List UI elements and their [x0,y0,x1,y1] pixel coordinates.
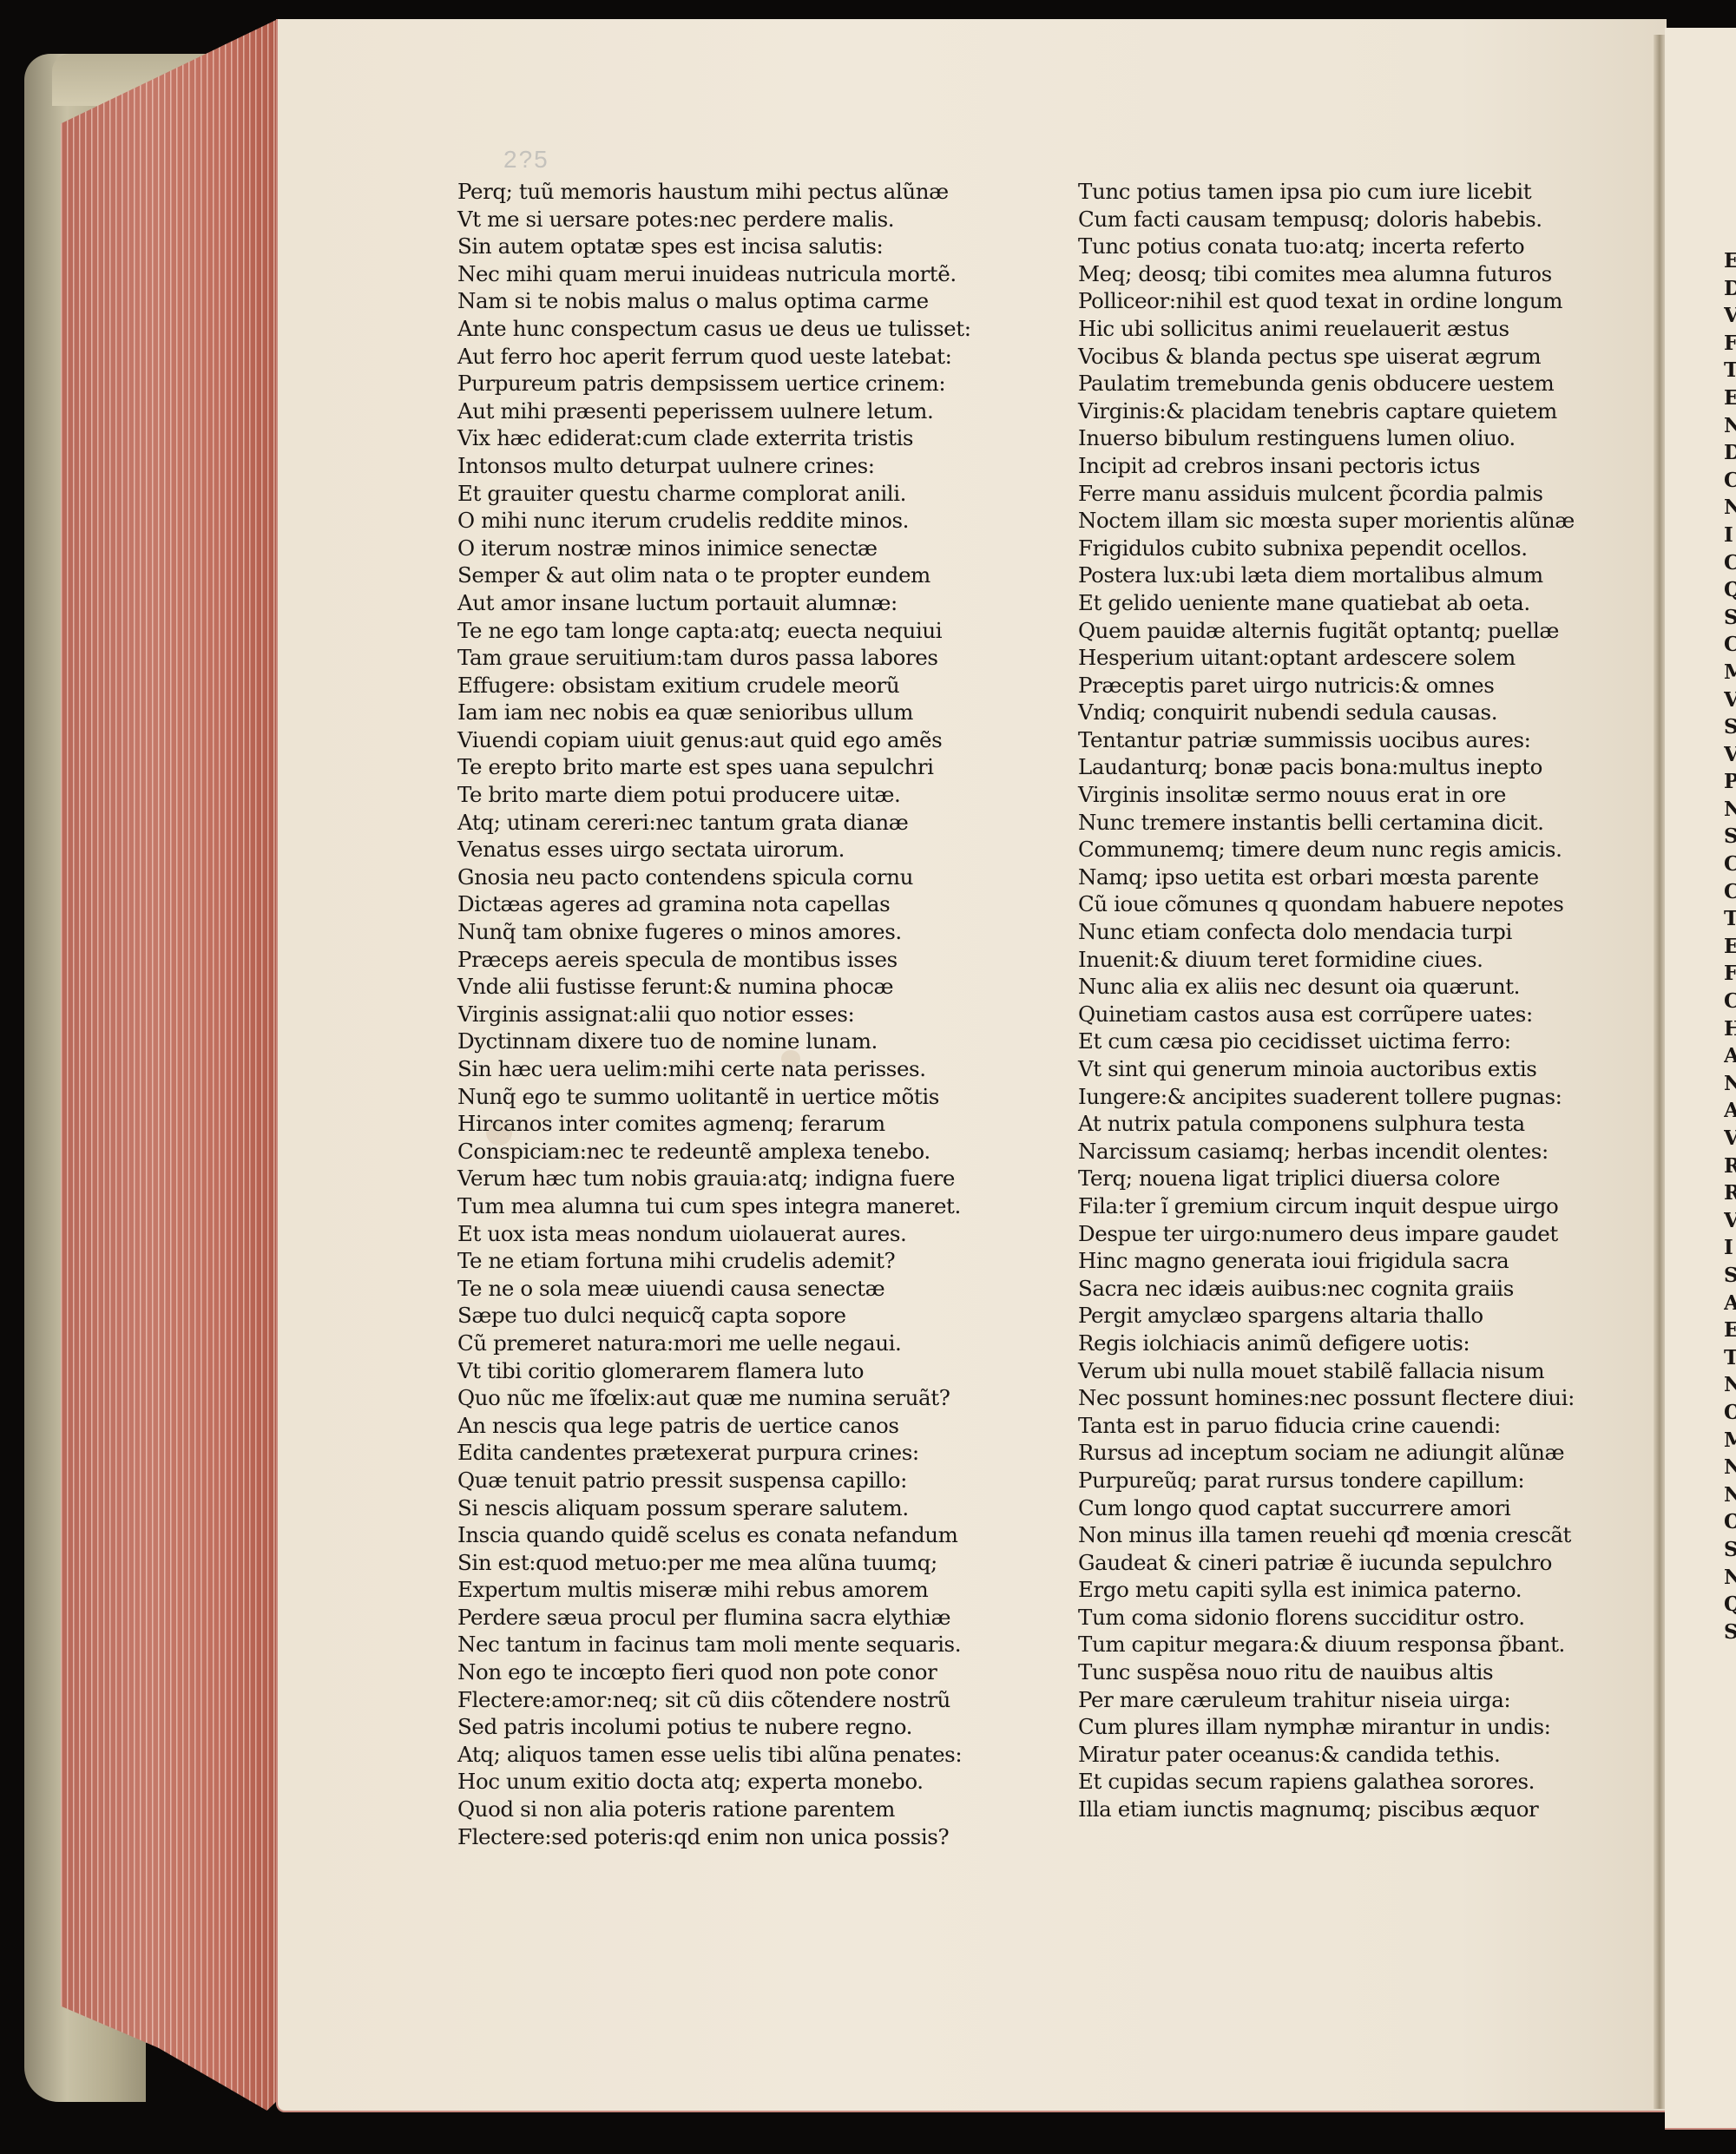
verse-line: Virginis:& placidam tenebris captare qui… [1078,397,1575,425]
verse-line: Te ne etiam fortuna mihi crudelis ademit… [457,1247,971,1275]
verse-line: Miratur pater oceanus:& candida tethis. [1078,1741,1575,1769]
initial-letter: C [1724,467,1736,495]
verse-line: Nunc alia ex aliis nec desunt oia quærun… [1078,973,1575,1001]
verse-line: Te brito marte diem potui producere uitæ… [457,781,971,809]
initial-letter: T [1724,905,1736,933]
verse-line: Sin est:quod metuo:per me mea alũna tuum… [457,1549,971,1577]
initial-letter: I [1724,522,1736,549]
verse-line: Ante hunc conspectum casus ue deus ue tu… [457,315,971,343]
verse-line: O mihi nunc iterum crudelis reddite mino… [457,507,971,535]
initial-letter: V [1724,302,1736,330]
verse-line: Perdere sæua procul per flumina sacra el… [457,1604,971,1632]
verse-line: Communemq; timere deum nunc regis amicis… [1078,836,1575,864]
initial-letter: T [1724,357,1736,384]
initial-letter: R [1724,1179,1736,1207]
initial-letter: D [1724,275,1736,303]
verse-line: Sin hæc uera uelim:mihi certe nata peris… [457,1055,971,1083]
verse-line: Iungere:& ancipites suaderent tollere pu… [1078,1083,1575,1111]
verse-line: Virginis assignat:alii quo notior esses: [457,1001,971,1028]
verse-line: Incipit ad crebros insani pectoris ictus [1078,452,1575,480]
verse-line: Tum capitur megara:& diuum responsa p̃ba… [1078,1631,1575,1658]
verse-line: Et cupidas secum rapiens galathea sorore… [1078,1768,1575,1796]
verse-line: Noctem illam sic mœsta super morientis a… [1078,507,1575,535]
verse-line: O iterum nostræ minos inimice senectæ [457,535,971,562]
initial-letter: N [1724,1371,1736,1399]
verse-line: Viuendi copiam uiuit genus:aut quid ego … [457,726,971,754]
verse-line: Despue ter uirgo:numero deus impare gaud… [1078,1220,1575,1248]
initial-letter: T [1724,1344,1736,1372]
verse-line: Quinetiam castos ausa est corrũpere uate… [1078,1001,1575,1028]
verse-line: Quod si non alia poteris ratione parente… [457,1796,971,1823]
verse-line: Præceptis paret uirgo nutricis:& omnes [1078,672,1575,699]
verse-line: Nunc tremere instantis belli certamina d… [1078,809,1575,837]
verse-line: Non ego te incœpto fieri quod non pote c… [457,1658,971,1686]
verse-line: Cũ ioue cõmunes q quondam habuere nepote… [1078,890,1575,918]
verse-line: Paulatim tremebunda genis obducere ueste… [1078,370,1575,397]
initial-letter: A [1724,1042,1736,1070]
initial-letter: V [1724,1207,1736,1235]
verse-line: Flectere:sed poteris:qd enim non unica p… [457,1823,971,1851]
initial-letter: C [1724,988,1736,1015]
verse-line: Ergo metu capiti sylla est inimica pater… [1078,1576,1575,1604]
verse-line: Terq; nouena ligat triplici diuersa colo… [1078,1165,1575,1192]
verse-line: Sacra nec idæis auibus:nec cognita graii… [1078,1275,1575,1303]
verse-line: Vt tibi coritio glomerarem flamera luto [457,1357,971,1385]
initial-letter: S [1724,1619,1736,1646]
initial-letter: S [1724,713,1736,741]
verse-line: Gaudeat & cineri patriæ ẽ iucunda sepulc… [1078,1549,1575,1577]
verse-line: Inuenit:& diuum teret formidine ciues. [1078,946,1575,974]
verse-line: Regis iolchiacis animũ defigere uotis: [1078,1330,1575,1357]
verse-line: Frigidulos cubito subnixa pependit ocell… [1078,535,1575,562]
initial-letter: O [1724,1399,1736,1427]
verse-line: Namq; ipso uetita est orbari mœsta paren… [1078,864,1575,891]
verse-line: Hircanos inter comites agmenq; ferarum [457,1110,971,1138]
facing-page-initials: EDVFTENDCNICQSCMVSVPNSCCTEFCHANAVRRVISAE… [1724,247,1736,1645]
verse-line: Vndiq; conquirit nubendi sedula causas. [1078,699,1575,726]
verse-line: Nec possunt homines:nec possunt flectere… [1078,1384,1575,1412]
verse-line: Illa etiam iunctis magnumq; piscibus æqu… [1078,1796,1575,1823]
verse-line: Verum ubi nulla mouet stabilẽ fallacia n… [1078,1357,1575,1385]
verse-line: Gnosia neu pacto contendens spicula corn… [457,864,971,891]
gutter-fold [1654,35,1666,2109]
verse-line: Edita candentes prætexerat purpura crine… [457,1439,971,1467]
verse-line: Narcissum casiamq; herbas incendit olent… [1078,1138,1575,1166]
verse-line: Intonsos multo deturpat uulnere crines: [457,452,971,480]
verse-line: Iam iam nec nobis ea quæ senioribus ullu… [457,699,971,726]
verse-line: Quæ tenuit patrio pressit suspensa capil… [457,1467,971,1494]
verse-line: Purpureũq; parat rursus tondere capillum… [1078,1467,1575,1494]
verse-line: Et uox ista meas nondum uiolauerat aures… [457,1220,971,1248]
verse-line: Per mare cæruleum trahitur niseia uirga: [1078,1686,1575,1714]
verse-line: Rursus ad inceptum sociam ne adiungit al… [1078,1439,1575,1467]
verse-line: Nunq̃ tam obnixe fugeres o minos amores. [457,918,971,946]
verse-line: Atq; utinam cereri:nec tantum grata dian… [457,809,971,837]
initial-letter: C [1724,878,1736,906]
left-text-column: Perq; tuũ memoris haustum mihi pectus al… [457,178,971,1850]
verse-line: Nunc etiam confecta dolo mendacia turpi [1078,918,1575,946]
verse-line: Dyctinnam dixere tuo de nomine lunam. [457,1028,971,1055]
verse-line: Tum coma sidonio florens succiditur ostr… [1078,1604,1575,1632]
verse-line: Ferre manu assiduis mulcent p̃cordia pal… [1078,480,1575,508]
verse-line: Virginis insolitæ sermo nouus erat in or… [1078,781,1575,809]
initial-letter: E [1724,933,1736,961]
initial-letter: M [1724,1427,1736,1455]
verse-line: Nunq̃ ego te summo uolitantẽ in uertice … [457,1083,971,1111]
verse-line: Aut amor insane luctum portauit alumnæ: [457,589,971,617]
initial-letter: S [1724,604,1736,632]
verse-line: Fila:ter ĩ gremium circum inquit despue … [1078,1192,1575,1220]
verse-line: Vt me si uersare potes:nec perdere malis… [457,206,971,233]
verse-line: Tum mea alumna tui cum spes integra mane… [457,1192,971,1220]
verse-line: Et gelido ueniente mane quatiebat ab oet… [1078,589,1575,617]
verse-line: Cum plures illam nymphæ mirantur in undi… [1078,1713,1575,1741]
initial-letter: C [1724,850,1736,878]
verse-line: Tam graue seruitium:tam duros passa labo… [457,644,971,672]
initial-letter: F [1724,330,1736,358]
initial-letter: S [1724,823,1736,850]
verse-line: Et grauiter questu charme complorat anil… [457,480,971,508]
verse-line: Effugere: obsistam exitium crudele meorũ [457,672,971,699]
initial-letter: N [1724,1070,1736,1098]
initial-letter: N [1724,1481,1736,1509]
initial-letter: R [1724,1153,1736,1180]
initial-letter: V [1724,686,1736,714]
verse-line: Dictæas ageres ad gramina nota capellas [457,890,971,918]
initial-letter: C [1724,549,1736,577]
verse-line: At nutrix patula componens sulphura test… [1078,1110,1575,1138]
verse-line: Meq; deosq; tibi comites mea alumna futu… [1078,260,1575,288]
verse-line: Sin autem optatæ spes est incisa salutis… [457,233,971,260]
verse-line: Inscia quando quidẽ scelus es conata nef… [457,1521,971,1549]
verse-line: Conspiciam:nec te redeuntẽ amplexa teneb… [457,1138,971,1166]
initial-letter: H [1724,1015,1736,1043]
verse-line: Hinc magno generata ioui frigidula sacra [1078,1247,1575,1275]
verse-line: Aut ferro hoc aperit ferrum quod ueste l… [457,343,971,371]
verse-line: Hesperium uitant:optant ardescere solem [1078,644,1575,672]
verse-line: Postera lux:ubi læta diem mortalibus alm… [1078,561,1575,589]
verse-line: Polliceor:nihil est quod texat in ordine… [1078,287,1575,315]
verse-line: Purpureum patris dempsissem uertice crin… [457,370,971,397]
verse-line: Nam si te nobis malus o malus optima car… [457,287,971,315]
verse-line: Te ne o sola meæ uiuendi causa senectæ [457,1275,971,1303]
initial-letter: Q [1724,1591,1736,1619]
initial-letter: N [1724,796,1736,824]
verse-line: Laudanturq; bonæ pacis bona:multus inept… [1078,753,1575,781]
verse-line: Vnde alii fustisse ferunt:& numina phocæ [457,973,971,1001]
verse-line: Vocibus & blanda pectus spe uiserat ægru… [1078,343,1575,371]
verse-line: Te ne ego tam longe capta:atq; euecta ne… [457,617,971,645]
verse-line: An nescis qua lege patris de uertice can… [457,1412,971,1440]
folio-number-pencil: 2?5 [503,146,549,174]
verse-line: Hic ubi sollicitus animi reuelauerit æst… [1078,315,1575,343]
verse-line: Semper & aut olim nata o te propter eund… [457,561,971,589]
verse-line: Præceps aereis specula de montibus isses [457,946,971,974]
initial-letter: N [1724,1454,1736,1481]
verse-line: Nec mihi quam merui inuideas nutricula m… [457,260,971,288]
initial-letter: V [1724,741,1736,769]
initial-letter: I [1724,1234,1736,1262]
red-stained-fore-edge [61,19,278,2111]
verse-line: Te erepto brito marte est spes uana sepu… [457,753,971,781]
verse-line: Venatus esses uirgo sectata uirorum. [457,836,971,864]
initial-letter: E [1724,384,1736,412]
verse-line: Perq; tuũ memoris haustum mihi pectus al… [457,178,971,206]
verse-line: Pergit amyclæo spargens altaria thallo [1078,1302,1575,1330]
initial-letter: A [1724,1290,1736,1317]
initial-letter: A [1724,1097,1736,1125]
initial-letter: N [1724,1564,1736,1592]
verse-line: Hoc unum exitio docta atq; experta moneb… [457,1768,971,1796]
verse-line: Vix hæc ediderat:cum clade exterrita tri… [457,424,971,452]
verse-line: Quem pauidæ alternis fugitãt optantq; pu… [1078,617,1575,645]
initial-letter: O [1724,1508,1736,1536]
verse-line: Cum facti causam tempusq; doloris habebi… [1078,206,1575,233]
verse-line: Inuerso bibulum restinguens lumen oliuo. [1078,424,1575,452]
verse-line: Verum hæc tum nobis grauia:atq; indigna … [457,1165,971,1192]
verse-line: Vt sint qui generum minoia auctoribus ex… [1078,1055,1575,1083]
initial-letter: N [1724,412,1736,440]
verse-line: Expertum multis miseræ mihi rebus amorem [457,1576,971,1604]
verse-line: Sed patris incolumi potius te nubere reg… [457,1713,971,1741]
verse-line: Non minus illa tamen reuehi qđ mœnia cre… [1078,1521,1575,1549]
verse-line: Cũ premeret natura:mori me uelle negaui. [457,1330,971,1357]
initial-letter: V [1724,1125,1736,1153]
right-text-column: Tunc potius tamen ipsa pio cum iure lice… [1078,178,1575,1823]
initial-letter: E [1724,247,1736,275]
verse-line: Si nescis aliquam possum sperare salutem… [457,1494,971,1522]
verse-line: Tunc potius tamen ipsa pio cum iure lice… [1078,178,1575,206]
verse-line: Tunc suspẽsa nouo ritu de nauibus altis [1078,1658,1575,1686]
initial-letter: S [1724,1262,1736,1290]
initial-letter: P [1724,768,1736,796]
initial-letter: N [1724,494,1736,522]
verse-line: Quo nũc me ĩfœlix:aut quæ me numina seru… [457,1384,971,1412]
initial-letter: Q [1724,576,1736,604]
initial-letter: F [1724,960,1736,988]
initial-letter: S [1724,1536,1736,1564]
initial-letter: M [1724,659,1736,686]
verse-line: Et cum cæsa pio cecidisset uictima ferro… [1078,1028,1575,1055]
verse-line: Nec tantum in facinus tam moli mente seq… [457,1631,971,1658]
verse-line: Sæpe tuo dulci nequicq̃ capta sopore [457,1302,971,1330]
verse-line: Tunc potius conata tuo:atq; incerta refe… [1078,233,1575,260]
verse-line: Flectere:amor:neq; sit cũ diis cõtendere… [457,1686,971,1714]
verse-line: Tentantur patriæ summissis uocibus aures… [1078,726,1575,754]
verse-line: Atq; aliquos tamen esse uelis tibi alũna… [457,1741,971,1769]
initial-letter: E [1724,1317,1736,1344]
initial-letter: D [1724,439,1736,467]
initial-letter: C [1724,631,1736,659]
verse-line: Aut mihi præsenti peperissem uulnere let… [457,397,971,425]
verse-line: Cum longo quod captat succurrere amori [1078,1494,1575,1522]
verse-line: Tanta est in paruo fiducia crine cauendi… [1078,1412,1575,1440]
